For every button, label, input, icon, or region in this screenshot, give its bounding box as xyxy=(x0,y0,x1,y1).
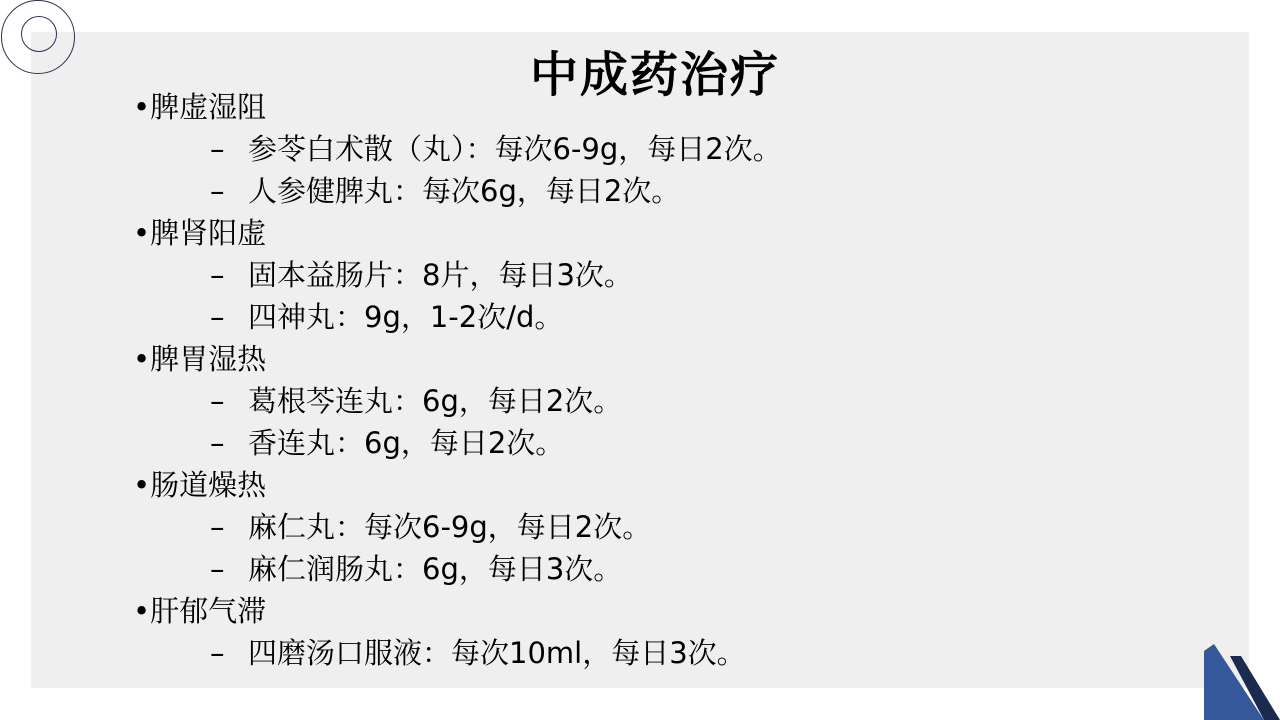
list-item: –人参健脾丸：每次6g，每日2次。 xyxy=(133,170,782,212)
dash-marker: – xyxy=(210,254,248,296)
section-heading: •脾肾阳虚 xyxy=(133,212,782,254)
section-heading: •脾虚湿阻 xyxy=(133,86,782,128)
dash-marker: – xyxy=(210,296,248,338)
dash-marker: – xyxy=(210,548,248,590)
section-heading: •脾胃湿热 xyxy=(133,338,782,380)
list-item: –葛根芩连丸：6g，每日2次。 xyxy=(133,380,782,422)
dash-marker: – xyxy=(210,380,248,422)
section-heading: •肝郁气滞 xyxy=(133,590,782,632)
corner-triangle-decoration xyxy=(1204,644,1280,720)
dash-marker: – xyxy=(210,506,248,548)
dash-marker: – xyxy=(210,632,248,674)
list-item: –固本益肠片：8片，每日3次。 xyxy=(133,254,782,296)
list-item: –麻仁丸：每次6-9g，每日2次。 xyxy=(133,506,782,548)
dash-marker: – xyxy=(210,170,248,212)
bullet-list: •脾虚湿阻 –参苓白术散（丸）：每次6-9g，每日2次。 –人参健脾丸：每次6g… xyxy=(133,86,782,674)
list-item: –香连丸：6g，每日2次。 xyxy=(133,422,782,464)
list-item: –麻仁润肠丸：6g，每日3次。 xyxy=(133,548,782,590)
dash-marker: – xyxy=(210,422,248,464)
section-heading: •肠道燥热 xyxy=(133,464,782,506)
dash-marker: – xyxy=(210,128,248,170)
list-item: –四磨汤口服液：每次10ml，每日3次。 xyxy=(133,632,782,674)
list-item: –四神丸：9g，1-2次/d。 xyxy=(133,296,782,338)
list-item: –参苓白术散（丸）：每次6-9g，每日2次。 xyxy=(133,128,782,170)
